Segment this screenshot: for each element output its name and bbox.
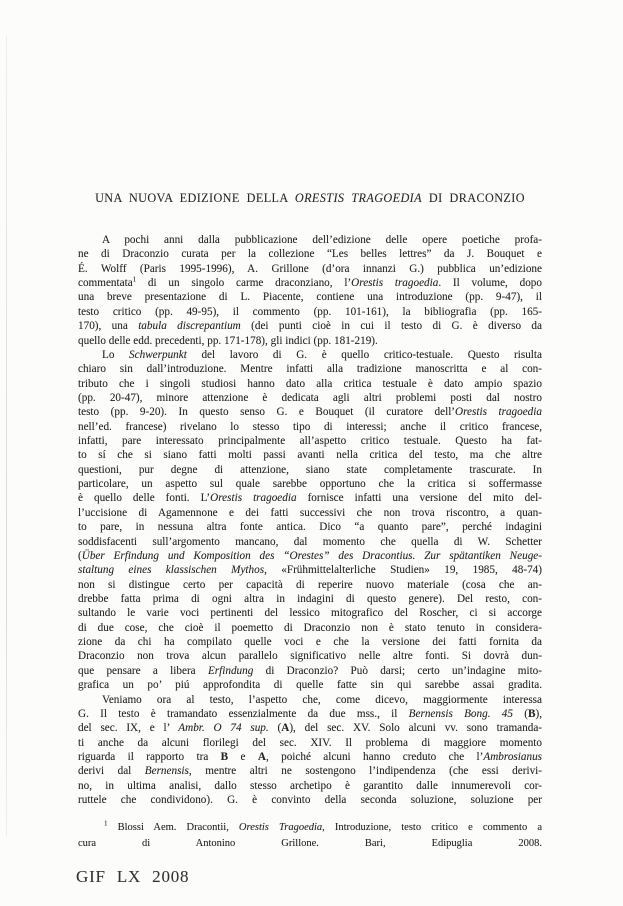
text-segment: e [228,751,258,763]
text-segment: A pochi anni dalla pubblicazione dell’ed… [102,234,542,246]
text-segment: Draconzio non trova alcun parallelo sign… [78,650,542,662]
text-segment: quello delle edd. precedenti, pp. 171-17… [78,335,378,347]
text-line: commentata1 di un singolo carme draconzi… [78,276,542,290]
text-line: infatti, pare interessato principalmente… [78,434,542,448]
text-line: (Über Erfindung und Komposition des “Ore… [78,549,542,563]
text-line: É. Wolff (Paris 1995-1996), A. Grillone … [78,262,542,276]
text-line: del sec. IX, e l’ Ambr. O 74 sup. (A), d… [78,721,542,735]
text-segment: ne di Draconzio curata per la collezione… [78,248,542,260]
text-line: di due cose, che cioè il poemetto di Dra… [78,621,542,635]
text-line: testo (pp. 9-20). In questo senso G. e B… [78,405,542,419]
text-segment: commentata [78,277,133,289]
text-segment: Blossi Aem. Dracontii, [108,822,239,833]
text-line: Lo Schwerpunkt del lavoro di G. è quello… [78,348,542,362]
text-line: l’uccisione di Agamennone e dei fatti su… [78,506,542,520]
text-line: ti anche da alcuni florilegi del sec. XI… [78,736,542,750]
text-segment: zione da chi ha compilato quelle voci e … [78,636,542,648]
text-segment: ), del sec. XV. Solo alcuni vv. sono tra… [289,722,542,734]
text-line: G. Il testo è tramandato essenzialmente … [78,707,542,721]
text-segment: grafica un po’ piú approfondita di quell… [78,679,542,691]
text-line: staltung eines klassischen Mythos, «Früh… [78,563,542,577]
text-segment: Bernensis Bong. 45 [409,708,513,720]
text-line: tributo che i singoli studiosi hanno dat… [78,377,542,391]
text-segment: tributo che i singoli studiosi hanno dat… [78,378,542,390]
text-line: (pp. 20-47), minore attenzione è dedicat… [78,391,542,405]
text-segment: , poiché alcuni hanno creduto che l’ [266,751,483,763]
text-line: nell’ed. francese) rivelano lo stesso ti… [78,420,542,434]
text-segment: no, in ultima analisi, dallo stesso arch… [78,780,542,792]
text-line: Veniamo ora al testo, l’aspetto che, com… [78,693,542,707]
text-segment: Über Erfindung und Komposition des “Ores… [82,550,542,562]
text-line: non si distingue certo per capacità di r… [78,578,542,592]
text-segment: di Draconzio? Può darsi; certo un’indagi… [253,665,542,677]
text-line: soddisfacenti sull’argomento mancano, da… [78,535,542,549]
text-segment: , «Frühmittelalterliche Studien» 19, 198… [264,564,542,576]
text-segment: non si distingue certo per capacità di r… [78,579,542,591]
text-line: una breve presentazione di L. Piacente, … [78,290,542,304]
text-line: ne di Draconzio curata per la collezione… [78,247,542,261]
text-segment: Orestis Tragoedia [239,822,322,833]
text-segment: to pare, in nessuna altra fonte antica. … [78,521,542,533]
text-segment: drebbe fatta prima di ogni altra in inda… [78,593,542,605]
text-segment: Ambr. O 74 sup. [178,722,268,734]
text-line: to sí che si siano fatti molti passi ava… [78,448,542,462]
text-segment: cura di Antonino Grillone. Bari, Edipugl… [78,838,542,849]
text-segment: fornisce infatti una versione del mito d… [297,492,542,504]
text-line: no, in ultima analisi, dallo stesso arch… [78,779,542,793]
scanned-paper-page: UNA NUOVA EDIZIONE DELLA ORESTIS TRAGOED… [0,0,623,906]
text-line: sultando le varie voci pertinenti del le… [78,606,542,620]
article-body: A pochi anni dalla pubblicazione dell’ed… [78,233,542,807]
text-segment: chiaro sin dall’introduzione. Mentre inf… [78,363,542,375]
text-line: derivi dal Bernensis, mentre altri ne so… [78,764,542,778]
text-segment: (dei punti cioè in cui il testo di G. è … [241,320,542,332]
text-segment: G. Il testo è tramandato essenzialmente … [78,708,409,720]
text-segment: Orestis tragoedia [455,406,542,418]
text-line: chiaro sin dall’introduzione. Mentre inf… [78,362,542,376]
text-segment: ORESTIS TRAGOEDIA [295,191,422,205]
text-segment: riguarda il rapporto tra [78,751,221,763]
text-segment: del sec. IX, e l’ [78,722,178,734]
text-line: zione da chi ha compilato quelle voci e … [78,635,542,649]
text-segment: staltung eines klassischen Mythos [78,564,264,576]
text-segment: que pensare a libera [78,665,208,677]
text-line: 170), una tabula discrepantium (dei punt… [78,319,542,333]
text-segment: di due cose, che cioè il poemetto di Dra… [78,622,542,634]
text-line: cura di Antonino Grillone. Bari, Edipugl… [78,836,542,852]
text-segment: ( [269,722,282,734]
text-segment: ( [513,708,528,720]
text-line: quello delle edd. precedenti, pp. 171-17… [78,334,542,348]
text-segment: , mentre altri ne sostengono l’indipende… [189,765,542,777]
text-line: Draconzio non trova alcun parallelo sign… [78,649,542,663]
text-segment: derivi dal [78,765,145,777]
text-line: que pensare a libera Erfindung di Dracon… [78,664,542,678]
text-segment: è quello delle fonti. L’ [78,492,210,504]
text-line: è quello delle fonti. L’Orestis tragoedi… [78,491,542,505]
article-title: UNA NUOVA EDIZIONE DELLA ORESTIS TRAGOED… [78,191,542,205]
text-line: testo critico (pp. 49-95), il commento (… [78,305,542,319]
text-segment: nell’ed. francese) rivelano lo stesso ti… [78,421,542,433]
text-segment: una breve presentazione di L. Piacente, … [78,291,542,303]
text-segment: A [258,751,266,763]
text-segment: Orestis tragoedia [351,277,438,289]
text-segment: testo (pp. 9-20). In questo senso G. e B… [78,406,455,418]
text-segment: ), [535,708,542,720]
text-segment: Bernensis [145,765,189,777]
text-segment: UNA NUOVA EDIZIONE DELLA [95,191,295,205]
text-segment: to sí che si siano fatti molti passi ava… [78,449,542,461]
text-segment: l’uccisione di Agamennone e dei fatti su… [78,507,542,519]
text-segment: . Il volume, dopo [438,277,542,289]
text-segment: Veniamo ora al testo, l’aspetto che, com… [102,694,542,706]
text-segment: infatti, pare interessato principalmente… [78,435,542,447]
text-line: 1 Blossi Aem. Dracontii, Orestis Tragoed… [78,820,542,836]
text-segment: testo critico (pp. 49-95), il commento (… [78,306,542,318]
text-line: A pochi anni dalla pubblicazione dell’ed… [78,233,542,247]
text-line: particolare, un aspetto sul quale sarebb… [78,477,542,491]
journal-volume-footer: GIF LX 2008 [76,867,189,887]
text-segment: Orestis tragoedia [210,492,296,504]
text-line: to pare, in nessuna altra fonte antica. … [78,520,542,534]
text-segment: É. Wolff (Paris 1995-1996), A. Grillone … [78,263,542,275]
footnote: 1 Blossi Aem. Dracontii, Orestis Tragoed… [78,820,542,851]
text-line: questioni, pur degne di attenzione, sian… [78,463,542,477]
text-segment: , Introduzione, testo critico e commento… [322,822,542,833]
text-segment: soddisfacenti sull’argomento mancano, da… [78,536,542,548]
text-segment: (pp. 20-47), minore attenzione è dedicat… [78,392,542,404]
text-segment: Ambrosianus [483,751,542,763]
text-segment: DI DRACONZIO [422,191,525,205]
text-line: drebbe fatta prima di ogni altra in inda… [78,592,542,606]
text-segment: del lavoro di G. è quello critico-testua… [187,349,542,361]
text-segment: ruttele che condividono). G. è convinto … [78,794,542,806]
text-segment: di un singolo carme draconziano, l’ [136,277,351,289]
text-line: ruttele che condividono). G. è convinto … [78,793,542,807]
text-segment: 170), una [78,320,138,332]
text-segment: tabula discrepantium [138,320,241,332]
text-segment: Lo [102,349,129,361]
text-segment: Schwerpunkt [129,349,187,361]
text-segment: particolare, un aspetto sul quale sarebb… [78,478,542,490]
text-segment: ti anche da alcuni florilegi del sec. XI… [78,737,542,749]
text-segment: Erfindung [208,665,253,677]
text-segment: questioni, pur degne di attenzione, sian… [78,464,542,476]
text-line: grafica un po’ piú approfondita di quell… [78,678,542,692]
scan-edge-artifact [6,36,7,836]
text-line: riguarda il rapporto tra B e A, poiché a… [78,750,542,764]
text-segment: sultando le varie voci pertinenti del le… [78,607,542,619]
